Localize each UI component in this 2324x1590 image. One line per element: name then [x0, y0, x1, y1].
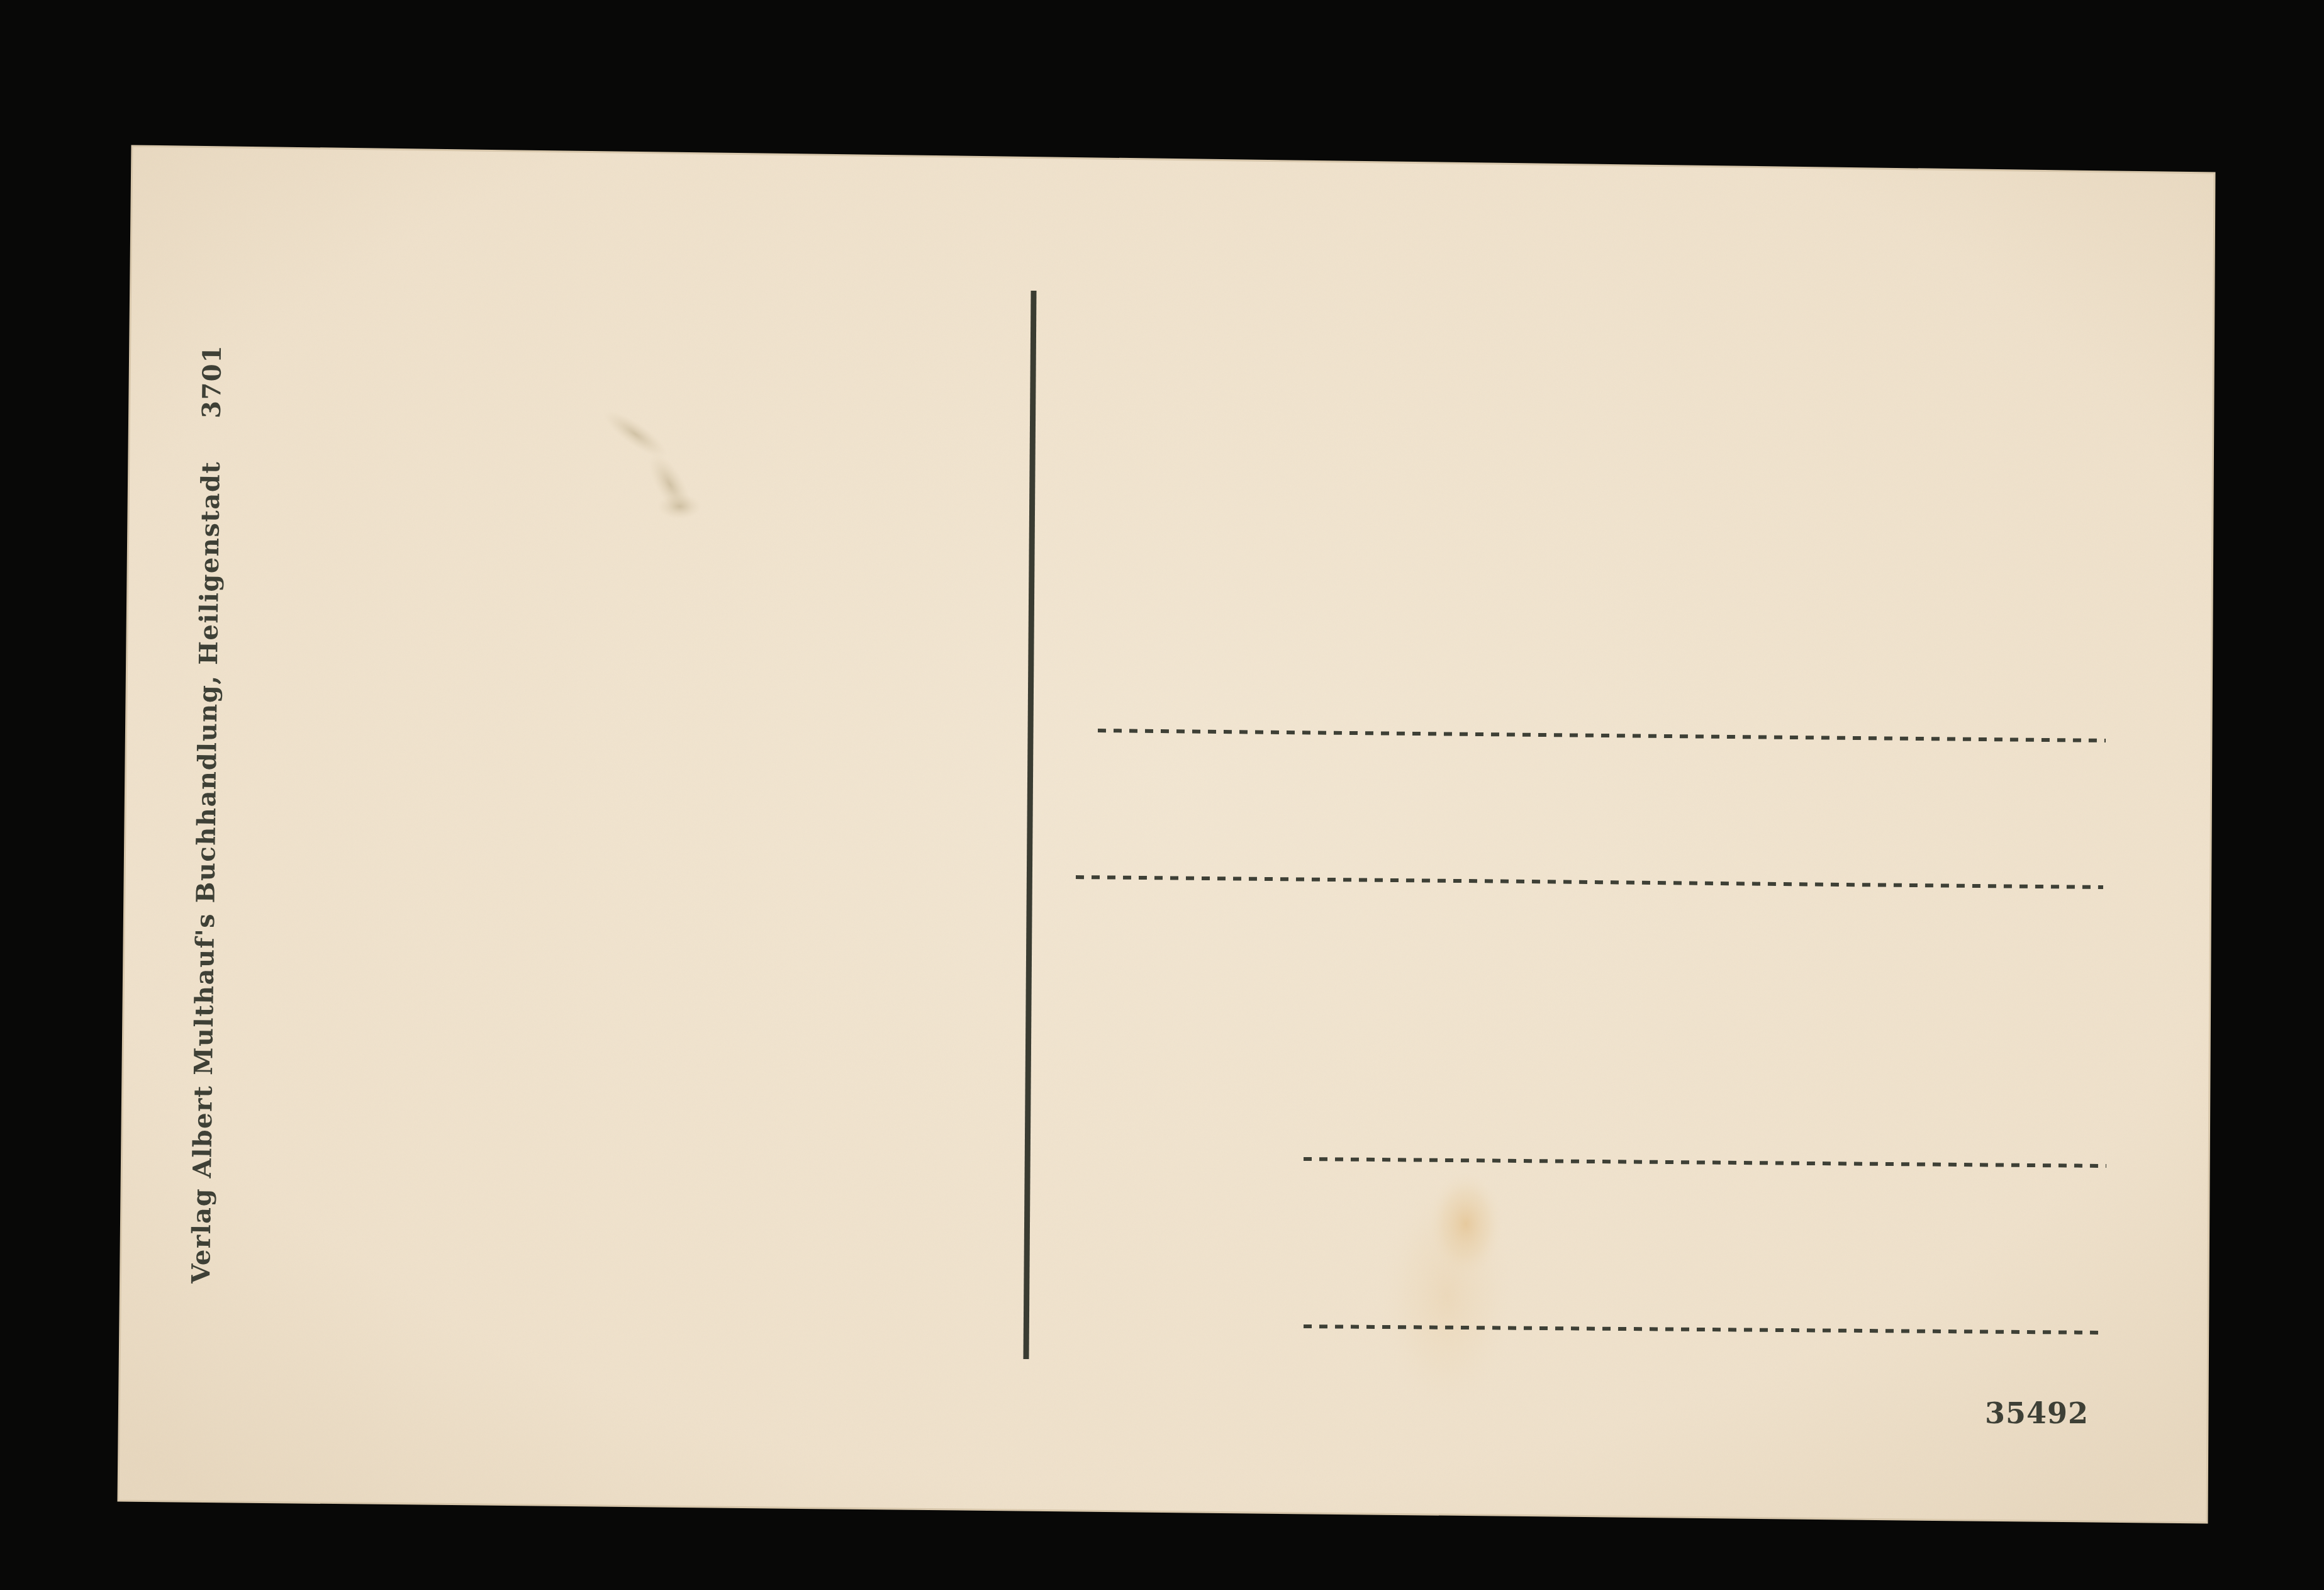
serial-number: 35492 — [1985, 1396, 2089, 1430]
paper-texture — [118, 146, 2215, 1523]
postcard-scene: Verlag Albert Multhauf's Buchhandlung, H… — [0, 0, 2324, 1590]
postcard: Verlag Albert Multhauf's Buchhandlung, H… — [118, 146, 2215, 1523]
catalog-number: 3701 — [197, 344, 227, 418]
